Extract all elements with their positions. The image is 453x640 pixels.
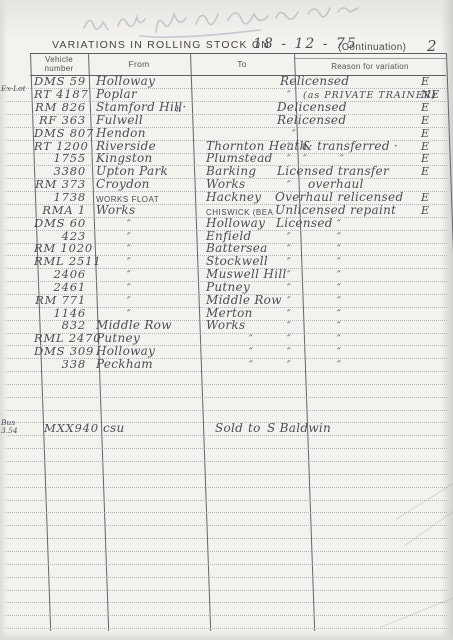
reason-cell: Sold [215,421,243,435]
ruled-line [6,602,447,603]
col-header-from: From [88,53,190,75]
col-header-reason: Reason for variation [294,57,446,75]
ruled-line [6,512,447,513]
vehicle-number: 338 [34,357,86,371]
ruled-line [6,525,447,526]
reason-cell: Relicensed [280,74,349,88]
ruled-line [6,551,447,552]
margin-note: Ex-Lot [1,85,31,93]
vehicle-number: MXX940 [44,421,96,435]
to-cell-ditto: ″ [249,360,253,371]
reason-cell: to [248,421,261,435]
ruled-line [6,590,447,591]
to-cell: Works [206,318,245,332]
table-row: 338Peckham″″″ [0,357,453,372]
ruled-line [6,397,447,398]
ruled-line [6,384,447,385]
reason-cell: ″ [337,360,341,371]
from-cell: Peckham [96,357,153,371]
ruled-line [6,577,447,578]
from-cell: Croydon [96,177,150,191]
col-header-to: To [190,53,294,75]
ruled-line [6,500,447,501]
from-cell: csu [103,421,125,435]
table-row: MXX940csuSoldtoS Baldwin [0,421,453,436]
reason-cell: Licensed [276,216,333,230]
ruled-line [6,461,447,462]
reason-cell: ″ [287,360,291,371]
ruled-line [6,487,447,488]
ruled-line [6,615,447,616]
from-cell: Works [96,203,135,217]
ruled-line [6,474,447,475]
margin-note: Bus 3.54 [1,419,31,434]
to-cell: Hackney [206,190,261,204]
ruled-line [6,628,447,629]
scanned-page: VARIATIONS IN ROLLING STOCK ON 18 - 12 -… [0,0,453,640]
col-header-vehicle: Vehicle number [30,53,88,75]
ruled-line [6,538,447,539]
reason-cell: & transferred · [302,139,398,153]
reason-cell: S Baldwin [267,421,331,435]
ruled-line [6,564,447,565]
ruled-line [6,448,447,449]
reason-cell: Relicensed [277,113,346,127]
ruled-line [6,410,447,411]
